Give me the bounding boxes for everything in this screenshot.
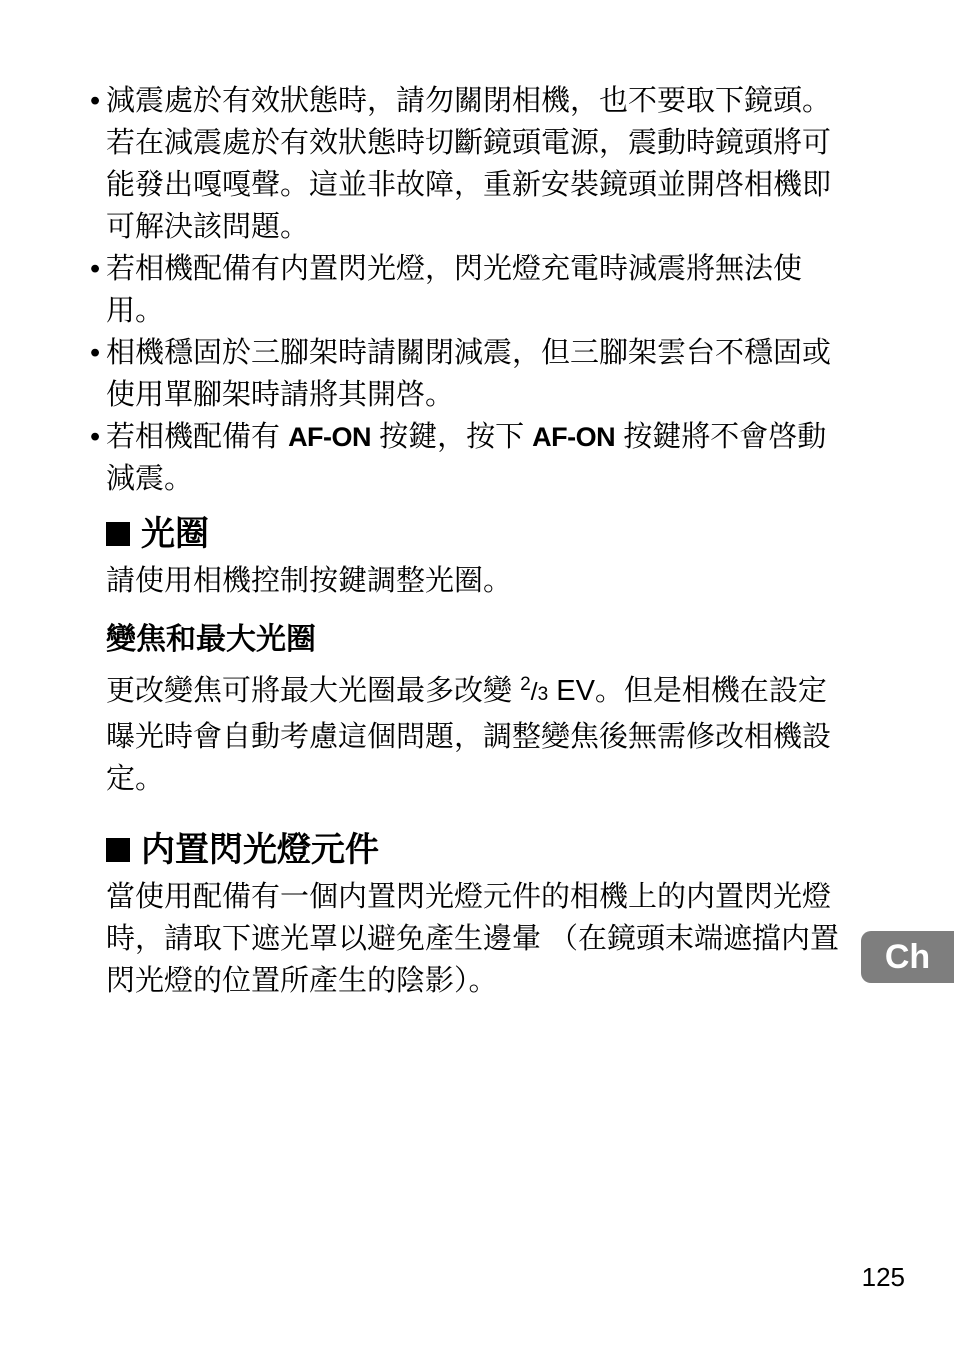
section-square-icon [106,522,130,546]
note-text: 相機穩固於三腳架時請關閉減震，但三腳架雲台不穩固或使用單腳架時請將其開啓。 [106,337,831,411]
list-item: • 若相機配備有 AF-ON 按鍵，按下 AF-ON 按鍵將不會啓動減震。 [106,416,848,500]
list-item: • 相機穩固於三腳架時請關閉減震，但三腳架雲台不穩固或使用單腳架時請將其開啓。 [106,332,848,416]
section-heading-built-in-flash: 内置閃光燈元件 [106,830,848,870]
built-in-flash-body: 當使用配備有一個内置閃光燈元件的相機上的内置閃光燈時，請取下遮光罩以避免產生邊暈… [106,876,848,1002]
note-text: 減震處於有效狀態時，請勿關閉相機，也不要取下鏡頭。若在減震處於有效狀態時切斷鏡頭… [106,85,831,243]
aperture-body: 請使用相機控制按鍵調整光圈。 [106,560,848,602]
language-tab-ch: Ch [861,931,954,983]
page-content: • 減震處於有效狀態時，請勿關閉相機，也不要取下鏡頭。若在減震處於有效狀態時切斷… [0,0,954,1002]
fraction-denominator: 3 [538,684,549,705]
bullet-icon: • [90,80,100,122]
section-title: 光圈 [141,514,209,554]
bullet-icon: • [90,248,100,290]
section-square-icon [106,838,130,862]
af-on-button-label: AF-ON [532,422,615,452]
page-number: 125 [862,1262,905,1292]
zoom-max-aperture-body: 更改變焦可將最大光圈最多改變 2/3 EV。但是相機在設定曝光時會自動考慮這個問… [106,664,848,800]
af-on-button-label: AF-ON [288,422,371,452]
body-segment: 更改變焦可將最大光圈最多改變 [106,675,520,707]
section-title: 内置閃光燈元件 [141,830,379,870]
bullet-icon: • [90,332,100,374]
manual-page: • 減震處於有效狀態時，請勿關閉相機，也不要取下鏡頭。若在減震處於有效狀態時切斷… [0,0,954,1345]
fraction-numerator: 2 [520,674,531,695]
subsection-heading-zoom-max-aperture: 變焦和最大光圈 [106,622,848,658]
note-text: 若相機配備有 AF-ON 按鍵，按下 AF-ON 按鍵將不會啓動減震。 [106,421,826,495]
bullet-icon: • [90,416,100,458]
vr-notes-list: • 減震處於有效狀態時，請勿關閉相機，也不要取下鏡頭。若在減震處於有效狀態時切斷… [106,80,848,500]
list-item: • 若相機配備有内置閃光燈，閃光燈充電時減震將無法使用。 [106,248,848,332]
fraction-slash: / [531,678,538,706]
note-text-segment: 按鍵，按下 [371,421,532,453]
language-tab-label: Ch [885,938,930,977]
note-text-segment: 若相機配備有 [106,421,288,453]
list-item: • 減震處於有效狀態時，請勿關閉相機，也不要取下鏡頭。若在減震處於有效狀態時切斷… [106,80,848,248]
section-heading-aperture: 光圈 [106,514,848,554]
note-text: 若相機配備有内置閃光燈，閃光燈充電時減震將無法使用。 [106,253,802,327]
